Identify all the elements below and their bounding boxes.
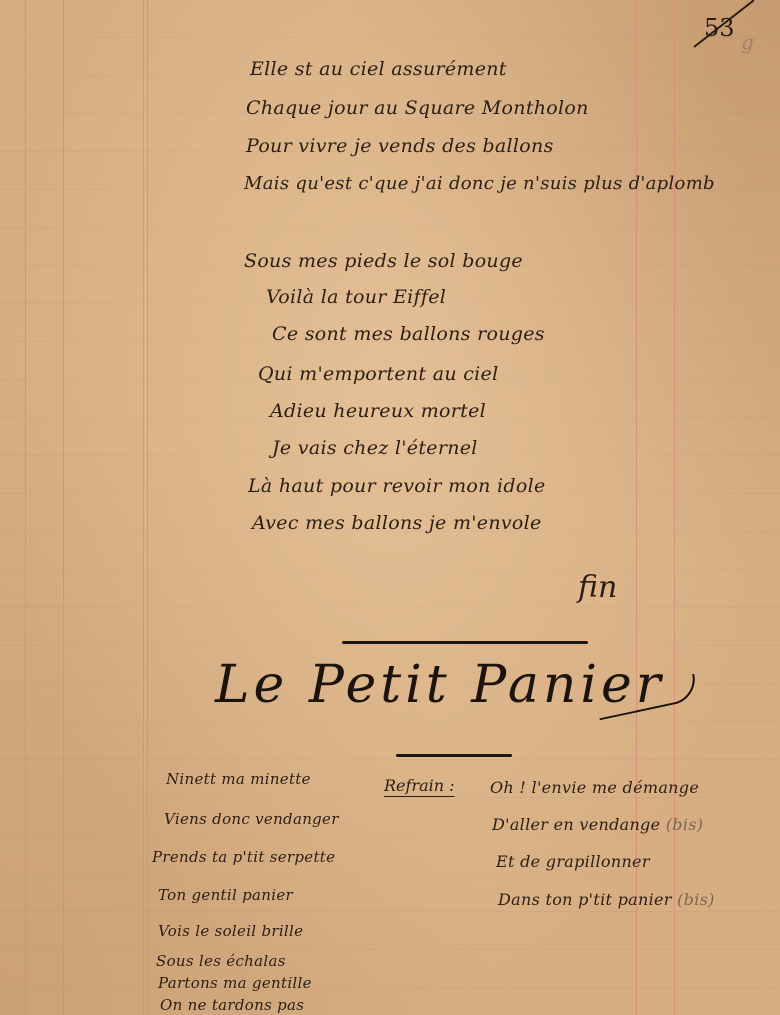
lyric-line: Mais qu'est c'que j'ai donc je n'suis pl… — [244, 173, 715, 194]
margin-rule-right-2 — [674, 0, 675, 1015]
lyric-line: Je vais chez l'éternel — [272, 437, 478, 459]
end-mark: fin — [578, 570, 617, 605]
refrain-text: D'aller en vendange — [492, 815, 660, 834]
lyric-line: Avec mes ballons je m'envole — [252, 512, 542, 534]
repeat-marker: (bis) — [666, 815, 704, 834]
lyric-line: Adieu heureux mortel — [270, 400, 486, 422]
verse-line: Sous les échalas — [156, 952, 286, 970]
verse-line: On ne tardons pas — [160, 996, 304, 1014]
lyric-line: Sous mes pieds le sol bouge — [244, 250, 523, 272]
refrain-text: Oh ! l'envie me démange — [490, 778, 699, 797]
verse-line: Ninett ma minette — [166, 770, 311, 788]
refrain-line: Dans ton p'tit panier (bis) — [498, 890, 715, 909]
refrain-line: Oh ! l'envie me démange — [490, 778, 699, 797]
lyric-line: Pour vivre je vends des ballons — [246, 135, 554, 157]
lyric-line: Qui m'emportent au ciel — [258, 363, 498, 385]
lyric-line: Elle st au ciel assurément — [250, 58, 507, 80]
margin-rule-left-2 — [63, 0, 64, 1015]
title-rule-bottom — [396, 754, 512, 757]
lyric-line: Chaque jour au Square Montholon — [246, 97, 589, 119]
refrain-line: D'aller en vendange (bis) — [492, 815, 703, 834]
margin-rule-left-4 — [147, 0, 148, 1015]
refrain-text: Dans ton p'tit panier — [498, 890, 672, 909]
verse-line: Prends ta p'tit serpette — [152, 848, 335, 866]
margin-rule-left-1 — [25, 0, 26, 1015]
verse-line: Vois le soleil brille — [158, 922, 303, 940]
lyric-line: Voilà la tour Eiffel — [266, 286, 446, 308]
page-number-annotation: g — [741, 30, 754, 54]
lyric-line: Là haut pour revoir mon idole — [248, 475, 546, 497]
lyric-line: Ce sont mes ballons rouges — [272, 323, 545, 345]
refrain-label: Refrain : — [384, 776, 455, 795]
margin-rule-left-3 — [143, 0, 144, 1015]
title-rule-top — [342, 641, 588, 644]
verse-line: Partons ma gentille — [158, 974, 312, 992]
repeat-marker: (bis) — [677, 890, 715, 909]
refrain-text: Et de grapillonner — [496, 852, 650, 871]
refrain-line: Et de grapillonner — [496, 852, 650, 871]
verse-line: Viens donc vendanger — [164, 810, 339, 828]
verse-line: Ton gentil panier — [158, 886, 293, 904]
